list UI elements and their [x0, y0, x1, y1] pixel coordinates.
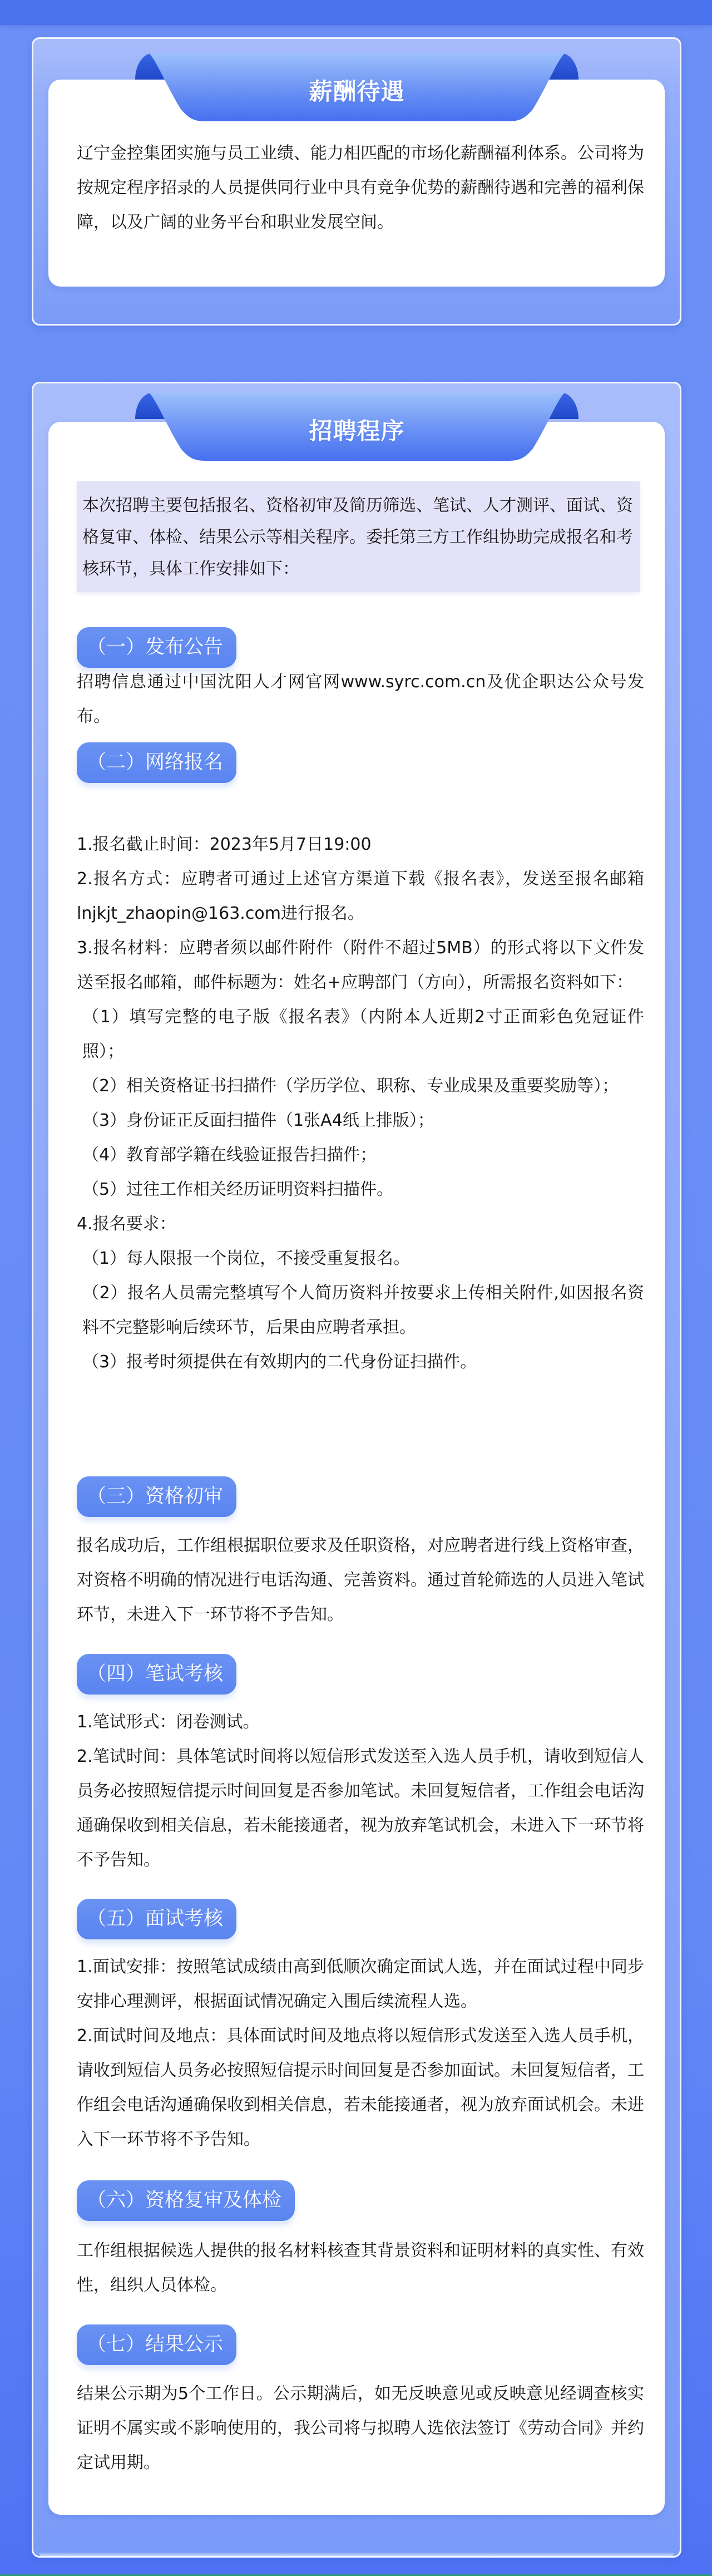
- section-reexamination-body: 工作组根据候选人提供的报名材料核查其背景资料和证明材料的真实性、有效性，组织人员…: [77, 2234, 644, 2303]
- registration-method: 2.报名方式：应聘者可通过上述官方渠道下载《报名表》，发送至报名邮箱lnjkjt…: [77, 862, 644, 931]
- reexamination-text: 工作组根据候选人提供的报名材料核查其背景资料和证明材料的真实性、有效性，组织人员…: [77, 2234, 644, 2303]
- compensation-header-ribbon: 薪酬待遇: [135, 53, 578, 123]
- requirement-item-2: （2）报名人员需完整填写个人简历资料并按要求上传相关附件,如因报名资料不完整影响…: [77, 1276, 644, 1345]
- announcement-text: 招聘信息通过中国沈阳人才网官网www.syrc.com.cn及优企职达公众号发布…: [77, 665, 644, 734]
- preliminary-review-text: 报名成功后，工作组根据职位要求及任职资格，对应聘者进行线上资格审查，对资格不明确…: [77, 1529, 644, 1632]
- requirement-item-3: （3）报考时须提供在有效期内的二代身份证扫描件。: [77, 1345, 644, 1380]
- section-badge-reexamination: （六）资格复审及体检: [77, 2180, 295, 2221]
- section-badge-interview: （五）面试考核: [77, 1899, 236, 1939]
- interview-time-location: 2.面试时间及地点：具体面试时间及地点将以短信形式发送至入选人员手机，请收到短信…: [77, 2019, 644, 2157]
- compensation-body: 辽宁金控集团实施与员工业绩、能力相匹配的市场化薪酬福利体系。公司将为按规定程序招…: [77, 136, 644, 240]
- compensation-title: 薪酬待遇: [135, 73, 578, 107]
- procedure-intro-text: 本次招聘主要包括报名、资格初审及简历筛选、笔试、人才测评、面试、资格复审、体检、…: [82, 490, 636, 585]
- requirement-item-1: （1）每人限报一个岗位，不接受重复报名。: [77, 1242, 644, 1276]
- section-badge-written-exam: （四）笔试考核: [77, 1654, 236, 1695]
- section-badge-result-publicity: （七）结果公示: [77, 2324, 236, 2365]
- registration-deadline: 1.报名截止时间：2023年5月7日19:00: [77, 828, 644, 862]
- written-exam-format: 1.笔试形式：闭卷测试。: [77, 1705, 644, 1740]
- procedure-title: 招聘程序: [135, 413, 578, 446]
- section-written-exam-body: 1.笔试形式：闭卷测试。 2.笔试时间：具体笔试时间将以短信形式发送至入选人员手…: [77, 1705, 644, 1878]
- section-result-publicity-body: 结果公示期为5个工作日。公示期满后，如无反映意见或反映意见经调查核实证明不属实或…: [77, 2377, 644, 2480]
- procedure-header-ribbon: 招聘程序: [135, 393, 578, 462]
- section-online-registration-body: 1.报名截止时间：2023年5月7日19:00 2.报名方式：应聘者可通过上述官…: [77, 828, 644, 1380]
- material-item-4: （4）教育部学籍在线验证报告扫描件；: [77, 1138, 644, 1173]
- section-badge-preliminary-review: （三）资格初审: [77, 1476, 236, 1517]
- material-item-3: （3）身份证正反面扫描件（1张A4纸上排版）；: [77, 1104, 644, 1138]
- section-badge-online-registration: （二）网络报名: [77, 742, 236, 783]
- registration-requirements: 4.报名要求：: [77, 1207, 644, 1242]
- section-preliminary-review-body: 报名成功后，工作组根据职位要求及任职资格，对应聘者进行线上资格审查，对资格不明确…: [77, 1529, 644, 1632]
- section-interview-body: 1.面试安排：按照笔试成绩由高到低顺次确定面试人选，并在面试过程中同步安排心理测…: [77, 1950, 644, 2157]
- written-exam-time: 2.笔试时间：具体笔试时间将以短信形式发送至入选人员手机，请收到短信人员务必按照…: [77, 1740, 644, 1878]
- material-item-1: （1）填写完整的电子版《报名表》（内附本人近期2寸正面彩色免冠证件照）；: [77, 1000, 644, 1069]
- material-item-2: （2）相关资格证书扫描件（学历学位、职称、专业成果及重要奖励等）；: [77, 1069, 644, 1104]
- interview-arrangement: 1.面试安排：按照笔试成绩由高到低顺次确定面试人选，并在面试过程中同步安排心理测…: [77, 1950, 644, 2019]
- section-badge-announcement: （一）发布公告: [77, 627, 236, 668]
- section-announcement-body: 招聘信息通过中国沈阳人才网官网www.syrc.com.cn及优企职达公众号发布…: [77, 665, 644, 734]
- registration-materials: 3.报名材料：应聘者须以邮件附件（附件不超过5MB）的形式将以下文件发送至报名邮…: [77, 931, 644, 1000]
- material-item-5: （5）过往工作相关经历证明资料扫描件。: [77, 1173, 644, 1207]
- result-publicity-text: 结果公示期为5个工作日。公示期满后，如无反映意见或反映意见经调查核实证明不属实或…: [77, 2377, 644, 2480]
- top-band: [0, 0, 712, 25]
